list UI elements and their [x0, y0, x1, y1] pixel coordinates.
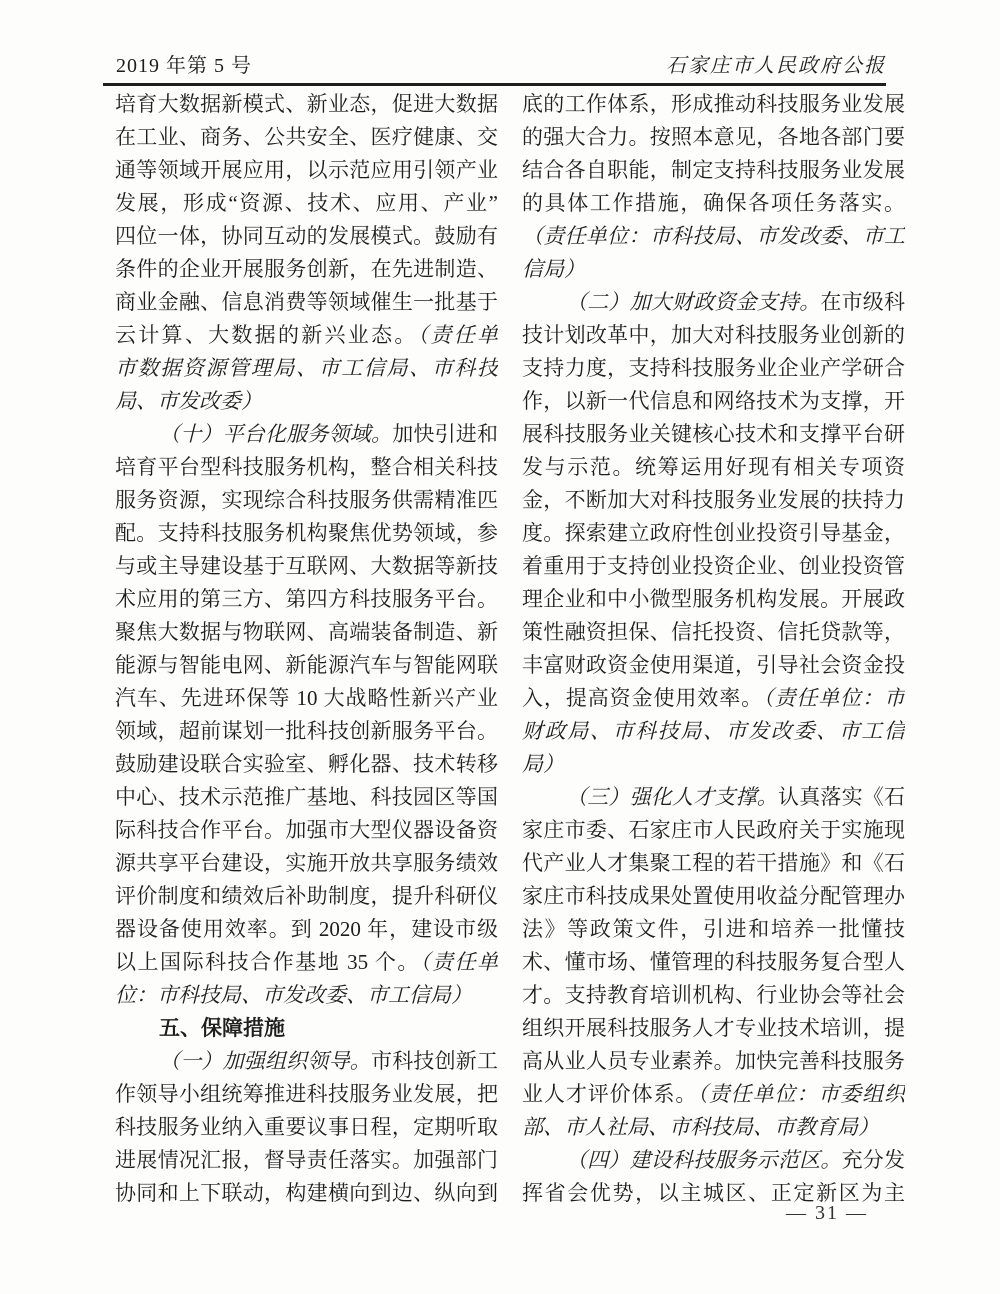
text-line: 术、懂市场、懂管理的科技服务复合型人: [522, 946, 905, 979]
text-run-kai: 局）: [522, 752, 564, 776]
text-run-song: 家庄市委、石家庄市人民政府关于实施现: [522, 818, 905, 842]
text-line: （一）加强组织领导。市科技创新工: [115, 1045, 498, 1078]
text-run-song: 评价制度和绩效后补助制度，提升科研仪: [115, 884, 498, 908]
text-run-kai: 位：市科技局、市发改委、市工信局）: [115, 983, 472, 1007]
text-line: 聚焦大数据与物联网、高端装备制造、新: [115, 616, 498, 649]
text-line: 际科技合作平台。加强市大型仪器设备资: [115, 814, 498, 847]
text-run-song: 代产业人才集聚工程的若干措施》和《石: [522, 851, 905, 875]
text-run-song: 结合各自职能，制定支持科技服务业发展: [522, 158, 905, 182]
right-column: 底的工作体系，形成推动科技服务业发展的强大合力。按照本意见，各地各部门要结合各自…: [522, 88, 905, 1210]
text-run-song: 入，提高资金使用效率。: [522, 686, 763, 710]
text-line: 协同和上下联动，构建横向到边、纵向到: [115, 1177, 498, 1210]
text-run-kai: （四）建设科技服务示范区。: [566, 1148, 842, 1172]
text-run-kai: （责任单位：市: [763, 686, 905, 710]
text-run-song: 展科技服务业关键核心技术和支撑平台研: [522, 422, 905, 446]
text-line: 家庄市科技成果处置使用收益分配管理办: [522, 880, 905, 913]
text-line: 业人才评价体系。（责任单位：市委组织: [522, 1078, 905, 1111]
page-header: 2019 年第 5 号 石家庄市人民政府公报: [116, 48, 886, 78]
text-line: 在工业、商务、公共安全、医疗健康、交: [115, 121, 498, 154]
text-line: 领域，超前谋划一批科技创新服务平台。: [115, 715, 498, 748]
text-line: 信局）: [522, 253, 905, 286]
header-rule: [103, 83, 886, 86]
text-line: 着重用于支持创业投资企业、创业投资管: [522, 550, 905, 583]
text-run-song: 在市级科: [820, 290, 905, 314]
text-line: 的具体工作措施，确保各项任务落实。: [522, 187, 905, 220]
text-run-song: 术、懂市场、懂管理的科技服务复合型人: [522, 950, 905, 974]
text-run-song: 理企业和中小微型服务机构发展。开展政: [522, 587, 905, 611]
text-run-song: 科技服务业纳入重要议事日程，定期听取: [115, 1115, 498, 1139]
text-run-song: 鼓励建设联合实验室、孵化器、技术转移: [115, 752, 498, 776]
text-run-song: 市科技创新工: [371, 1049, 498, 1073]
text-run-kai: 部、市人社局、市科技局、市教育局）: [522, 1115, 879, 1139]
text-line: 科技服务业纳入重要议事日程，定期听取: [115, 1111, 498, 1144]
text-line: 代产业人才集聚工程的若干措施》和《石: [522, 847, 905, 880]
text-line: 发展，形成“资源、技术、应用、产业”: [115, 187, 498, 220]
text-run-song: 法》等政策文件，引进和培养一批懂技: [522, 917, 905, 941]
text-run-song: 源共享平台建设，实施开放共享服务绩效: [115, 851, 498, 875]
text-line: 度。探索建立政府性创业投资引导基金，: [522, 517, 905, 550]
text-run-song: 培育大数据新模式、新业态，促进大数据: [115, 92, 498, 116]
text-line: （四）建设科技服务示范区。充分发: [522, 1144, 905, 1177]
text-line: 法》等政策文件，引进和培养一批懂技: [522, 913, 905, 946]
text-run-song: 在工业、商务、公共安全、医疗健康、交: [115, 125, 498, 149]
text-run-kai: 信局）: [522, 257, 585, 281]
text-line: 市数据资源管理局、市工信局、市科技: [115, 352, 498, 385]
gazette-page: 2019 年第 5 号 石家庄市人民政府公报 培育大数据新模式、新业态，促进大数…: [0, 0, 1000, 1294]
text-line: 理企业和中小微型服务机构发展。开展政: [522, 583, 905, 616]
text-line: 入，提高资金使用效率。（责任单位：市: [522, 682, 905, 715]
text-run-song: 高从业人员专业素养。加快完善科技服务: [522, 1049, 905, 1073]
text-line: 进展情况汇报，督导责任落实。加强部门: [115, 1144, 498, 1177]
text-line: 的强大合力。按照本意见，各地各部门要: [522, 121, 905, 154]
text-run-kai: （责任单位：市委组织: [697, 1082, 905, 1106]
text-run-song: 发展，形成“资源、技术、应用、产业”: [115, 191, 498, 215]
text-line: 通等领域开展应用，以示范应用引领产业: [115, 154, 498, 187]
text-run-kai: （二）加大财政资金支持。: [566, 290, 820, 314]
text-run-song: 作领导小组统筹推进科技服务业发展，把: [115, 1082, 498, 1106]
text-line: 商业金融、信息消费等领域催生一批基于: [115, 286, 498, 319]
text-line: 培育大数据新模式、新业态，促进大数据: [115, 88, 498, 121]
text-run-kai: 局、市发改委）: [115, 389, 262, 413]
text-run-song: 器设备使用效率。到 2020 年，建设市级: [115, 917, 498, 941]
text-run-song: 以上国际科技合作基地 35 个。: [115, 950, 420, 974]
text-line: 底的工作体系，形成推动科技服务业发展: [522, 88, 905, 121]
text-run-song: 家庄市科技成果处置使用收益分配管理办: [522, 884, 905, 908]
text-run-song: 组织开展科技服务人才专业技术培训，提: [522, 1016, 905, 1040]
text-run-song: 领域，超前谋划一批科技创新服务平台。: [115, 719, 498, 743]
text-line: 术应用的第三方、第四方科技服务平台。: [115, 583, 498, 616]
text-line: 高从业人员专业素养。加快完善科技服务: [522, 1045, 905, 1078]
text-run-kai: 市数据资源管理局、市工信局、市科技: [115, 356, 498, 380]
text-line: 器设备使用效率。到 2020 年，建设市级: [115, 913, 498, 946]
text-line: 源共享平台建设，实施开放共享服务绩效: [115, 847, 498, 880]
text-line: （三）强化人才支撑。认真落实《石: [522, 781, 905, 814]
text-run-song: 术应用的第三方、第四方科技服务平台。: [115, 587, 498, 611]
text-line: 局、市发改委）: [115, 385, 498, 418]
text-run-song: 发与示范。统筹运用好现有相关专项资: [522, 455, 905, 479]
text-run-kai: （一）加强组织领导。: [159, 1049, 371, 1073]
text-line: 家庄市委、石家庄市人民政府关于实施现: [522, 814, 905, 847]
text-run-kai: （责任单位：市科技局、市发改委、市工: [522, 224, 905, 248]
text-run-song: 进展情况汇报，督导责任落实。加强部门: [115, 1148, 498, 1172]
text-run-kai: （三）强化人才支撑。: [566, 785, 778, 809]
text-line: 与或主导建设基于互联网、大数据等新技: [115, 550, 498, 583]
text-line: 条件的企业开展服务创新，在先进制造、: [115, 253, 498, 286]
text-run-song: 聚焦大数据与物联网、高端装备制造、新: [115, 620, 498, 644]
text-run-hei: 五、保障措施: [159, 1017, 285, 1040]
text-line: 支持力度，支持科技服务业企业产学研合: [522, 352, 905, 385]
text-line: （责任单位：市科技局、市发改委、市工: [522, 220, 905, 253]
text-line: 财政局、市科技局、市发改委、市工信: [522, 715, 905, 748]
issue-number: 2019 年第 5 号: [116, 49, 252, 78]
text-line: 云计算、大数据的新兴业态。（责任单位：: [115, 319, 498, 352]
content-columns: 培育大数据新模式、新业态，促进大数据在工业、商务、公共安全、医疗健康、交通等领域…: [115, 88, 905, 1210]
text-run-song: 服务资源，实现综合科技服务供需精准匹: [115, 488, 498, 512]
text-run-song: 加快引进和: [392, 422, 498, 446]
text-run-song: 通等领域开展应用，以示范应用引领产业: [115, 158, 498, 182]
text-run-song: 云计算、大数据的新兴业态。: [115, 323, 418, 347]
text-run-song: 配。支持科技服务机构聚焦优势领域，参: [115, 521, 498, 545]
text-run-song: 技计划改革中，加大对科技服务业创新的: [522, 323, 905, 347]
text-run-song: 四位一体，协同互动的发展模式。鼓励有: [115, 224, 498, 248]
text-line: 服务资源，实现综合科技服务供需精准匹: [115, 484, 498, 517]
text-run-song: 策性融资担保、信托投资、信托贷款等，: [522, 620, 905, 644]
text-line: （十）平台化服务领域。加快引进和: [115, 418, 498, 451]
text-run-kai: （十）平台化服务领域。: [159, 422, 392, 446]
text-line: 配。支持科技服务机构聚焦优势领域，参: [115, 517, 498, 550]
text-run-song: 培育平台型科技服务机构，整合相关科技: [115, 455, 498, 479]
text-line: 四位一体，协同互动的发展模式。鼓励有: [115, 220, 498, 253]
text-run-song: 汽车、先进环保等 10 大战略性新兴产业: [115, 686, 498, 710]
text-run-song: 的强大合力。按照本意见，各地各部门要: [522, 125, 905, 149]
text-line: 汽车、先进环保等 10 大战略性新兴产业: [115, 682, 498, 715]
text-run-song: 协同和上下联动，构建横向到边、纵向到: [115, 1181, 498, 1205]
text-run-song: 商业金融、信息消费等领域催生一批基于: [115, 290, 498, 314]
text-run-song: 认真落实《石: [778, 785, 905, 809]
text-run-song: 才。支持教育培训机构、行业协会等社会: [522, 983, 905, 1007]
text-line: 部、市人社局、市科技局、市教育局）: [522, 1111, 905, 1144]
text-run-song: 支持力度，支持科技服务业企业产学研合: [522, 356, 905, 380]
text-line: 金，不断加大对科技服务业发展的扶持力: [522, 484, 905, 517]
text-run-song: 着重用于支持创业投资企业、创业投资管: [522, 554, 905, 578]
text-run-song: 作，以新一代信息和网络技术为支撑，开: [522, 389, 905, 413]
text-run-song: 度。探索建立政府性创业投资引导基金，: [522, 521, 905, 545]
text-line: 组织开展科技服务人才专业技术培训，提: [522, 1012, 905, 1045]
left-column: 培育大数据新模式、新业态，促进大数据在工业、商务、公共安全、医疗健康、交通等领域…: [115, 88, 498, 1210]
text-line: 中心、技术示范推广基地、科技园区等国: [115, 781, 498, 814]
text-line: 鼓励建设联合实验室、孵化器、技术转移: [115, 748, 498, 781]
text-line: 以上国际科技合作基地 35 个。（责任单: [115, 946, 498, 979]
text-line: 能源与智能电网、新能源汽车与智能网联: [115, 649, 498, 682]
text-run-song: 际科技合作平台。加强市大型仪器设备资: [115, 818, 498, 842]
text-run-song: 与或主导建设基于互联网、大数据等新技: [115, 554, 498, 578]
publication-title: 石家庄市人民政府公报: [666, 49, 886, 78]
text-run-kai: （责任单: [420, 950, 498, 974]
text-run-song: 中心、技术示范推广基地、科技园区等国: [115, 785, 498, 809]
text-line: 发与示范。统筹运用好现有相关专项资: [522, 451, 905, 484]
text-run-song: 条件的企业开展服务创新，在先进制造、: [115, 257, 498, 281]
text-line: 策性融资担保、信托投资、信托贷款等，: [522, 616, 905, 649]
text-line: 作，以新一代信息和网络技术为支撑，开: [522, 385, 905, 418]
text-line: 才。支持教育培训机构、行业协会等社会: [522, 979, 905, 1012]
text-line: （二）加大财政资金支持。在市级科: [522, 286, 905, 319]
text-line: 展科技服务业关键核心技术和支撑平台研: [522, 418, 905, 451]
text-line: 评价制度和绩效后补助制度，提升科研仪: [115, 880, 498, 913]
text-run-song: 能源与智能电网、新能源汽车与智能网联: [115, 653, 498, 677]
text-line: 丰富财政资金使用渠道，引导社会资金投: [522, 649, 905, 682]
text-run-song: 充分发: [842, 1148, 905, 1172]
text-run-song: 丰富财政资金使用渠道，引导社会资金投: [522, 653, 905, 677]
text-line: 局）: [522, 748, 905, 781]
text-line: 作领导小组统筹推进科技服务业发展，把: [115, 1078, 498, 1111]
text-line: 培育平台型科技服务机构，整合相关科技: [115, 451, 498, 484]
page-number: — 31 —: [772, 1202, 882, 1225]
text-run-song: 的具体工作措施，确保各项任务落实。: [522, 191, 905, 215]
text-run-song: 金，不断加大对科技服务业发展的扶持力: [522, 488, 905, 512]
text-line: 技计划改革中，加大对科技服务业创新的: [522, 319, 905, 352]
text-line: 五、保障措施: [115, 1012, 498, 1045]
text-run-kai: 财政局、市科技局、市发改委、市工信: [522, 719, 905, 743]
text-run-song: 业人才评价体系。: [522, 1082, 697, 1106]
text-line: 结合各自职能，制定支持科技服务业发展: [522, 154, 905, 187]
text-line: 位：市科技局、市发改委、市工信局）: [115, 979, 498, 1012]
text-run-song: 底的工作体系，形成推动科技服务业发展: [522, 92, 905, 116]
